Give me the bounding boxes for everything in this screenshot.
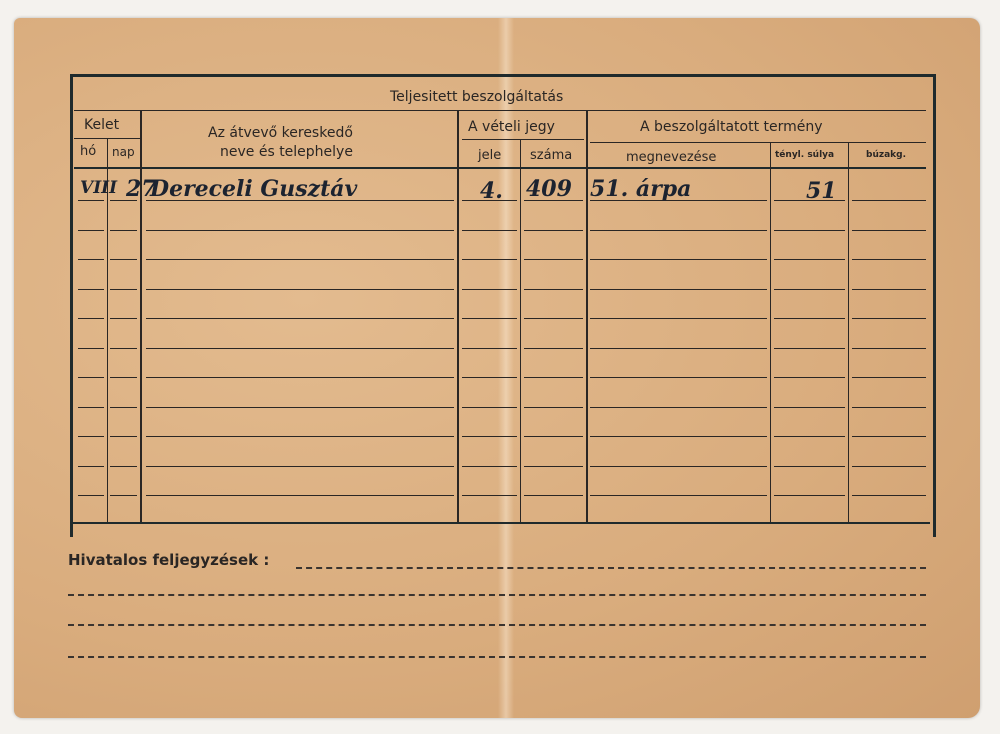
- row-rule: [774, 259, 845, 260]
- divider: [462, 139, 584, 140]
- row-rule: [146, 259, 454, 260]
- row-rule: [78, 466, 104, 467]
- row-rule: [78, 495, 104, 496]
- buzakg-header: búzakg.: [866, 150, 906, 160]
- row-rule: [110, 348, 137, 349]
- row-rule: [110, 230, 137, 231]
- row-rule: [78, 289, 104, 290]
- row-rule: [462, 230, 517, 231]
- row-rule: [146, 230, 454, 231]
- row-rule: [462, 377, 517, 378]
- row-rule: [590, 377, 767, 378]
- row-rule: [110, 495, 137, 496]
- row-rule: [110, 318, 137, 319]
- col-line: [586, 110, 588, 522]
- row-rule: [590, 466, 767, 467]
- row-rule: [590, 318, 767, 319]
- row-rule: [774, 466, 845, 467]
- row-rule: [852, 200, 926, 201]
- row-rule: [524, 466, 583, 467]
- row-rule: [462, 318, 517, 319]
- col-line: [457, 110, 459, 522]
- row-rule: [78, 230, 104, 231]
- divider: [74, 110, 926, 111]
- row-rule: [78, 259, 104, 260]
- row-rule: [110, 289, 137, 290]
- row-rule: [524, 318, 583, 319]
- row-rule: [146, 495, 454, 496]
- row-rule: [462, 466, 517, 467]
- row-rule: [110, 407, 137, 408]
- row-rule: [852, 377, 926, 378]
- table-title: Teljesitett beszolgáltatás: [390, 89, 563, 105]
- row-rule: [774, 318, 845, 319]
- row-rule: [524, 348, 583, 349]
- row-rule: [146, 289, 454, 290]
- row-rule: [78, 200, 104, 201]
- row-rule: [462, 259, 517, 260]
- row-rule: [462, 407, 517, 408]
- row-rule: [110, 436, 137, 437]
- row-ho: VIII: [80, 178, 117, 198]
- row-rule: [590, 407, 767, 408]
- notes-line: [296, 567, 926, 569]
- col-line: [520, 140, 521, 522]
- row-rule: [110, 259, 137, 260]
- row-rule: [146, 436, 454, 437]
- row-rule: [590, 495, 767, 496]
- notes-line: [68, 594, 926, 596]
- row-rule: [852, 230, 926, 231]
- ho-header: hó: [80, 144, 96, 159]
- row-rule: [524, 407, 583, 408]
- row-rule: [78, 436, 104, 437]
- row-rule: [852, 259, 926, 260]
- row-rule: [110, 377, 137, 378]
- row-rule: [852, 466, 926, 467]
- sulya-header: tényl. súlya: [775, 150, 834, 160]
- row-rule: [78, 377, 104, 378]
- row-rule: [774, 407, 845, 408]
- kereskedo-header-line1: Az átvevő kereskedő: [208, 125, 353, 141]
- row-rule: [524, 436, 583, 437]
- row-rule: [524, 495, 583, 496]
- nap-header: nap: [112, 145, 135, 159]
- row-rule: [852, 318, 926, 319]
- row-rule: [146, 466, 454, 467]
- col-line: [770, 143, 771, 522]
- row-rule: [590, 348, 767, 349]
- row-rule: [146, 318, 454, 319]
- row-rule: [852, 436, 926, 437]
- kelet-header: Kelet: [84, 117, 119, 133]
- row-sulya: 51: [806, 178, 837, 204]
- row-rule: [852, 407, 926, 408]
- table-frame: [70, 74, 936, 537]
- row-rule: [78, 318, 104, 319]
- header-rule: [74, 167, 926, 169]
- row-rule: [590, 259, 767, 260]
- row-rule: [78, 407, 104, 408]
- row-rule: [146, 407, 454, 408]
- row-rule: [524, 259, 583, 260]
- row-rule: [852, 289, 926, 290]
- row-rule: [590, 230, 767, 231]
- kereskedo-header-line2: neve és telephelye: [220, 144, 353, 160]
- row-rule: [774, 377, 845, 378]
- row-rule: [524, 230, 583, 231]
- row-rule: [590, 289, 767, 290]
- jele-header: jele: [478, 148, 501, 163]
- row-rule: [852, 348, 926, 349]
- row-kereskedo: Dereceli Gusztáv: [150, 176, 357, 202]
- megnevezese-header: megnevezése: [626, 150, 716, 165]
- col-line: [140, 110, 142, 522]
- row-rule: [774, 436, 845, 437]
- row-rule: [146, 377, 454, 378]
- notes-label: Hivatalos feljegyzések :: [68, 551, 269, 569]
- veteli-jegy-header: A vételi jegy: [468, 119, 555, 135]
- row-rule: [146, 348, 454, 349]
- notes-line: [68, 624, 926, 626]
- row-rule: [462, 495, 517, 496]
- row-rule: [774, 230, 845, 231]
- row-szama: 409: [526, 176, 572, 202]
- szama-header: száma: [530, 148, 572, 163]
- row-rule: [462, 289, 517, 290]
- notes-line: [68, 656, 926, 658]
- row-rule: [524, 289, 583, 290]
- termeny-header: A beszolgáltatott termény: [640, 119, 823, 135]
- row-rule: [774, 289, 845, 290]
- table-bottom-rule: [72, 522, 930, 524]
- col-line: [848, 143, 849, 522]
- row-rule: [774, 348, 845, 349]
- row-jele: 4.: [480, 178, 503, 204]
- row-rule: [78, 348, 104, 349]
- divider: [590, 142, 926, 143]
- row-rule: [774, 495, 845, 496]
- row-rule: [110, 466, 137, 467]
- row-rule: [462, 436, 517, 437]
- row-rule: [462, 348, 517, 349]
- row-rule: [524, 377, 583, 378]
- row-rule: [852, 495, 926, 496]
- row-megnevezes: 51. árpa: [590, 176, 691, 202]
- row-rule: [590, 436, 767, 437]
